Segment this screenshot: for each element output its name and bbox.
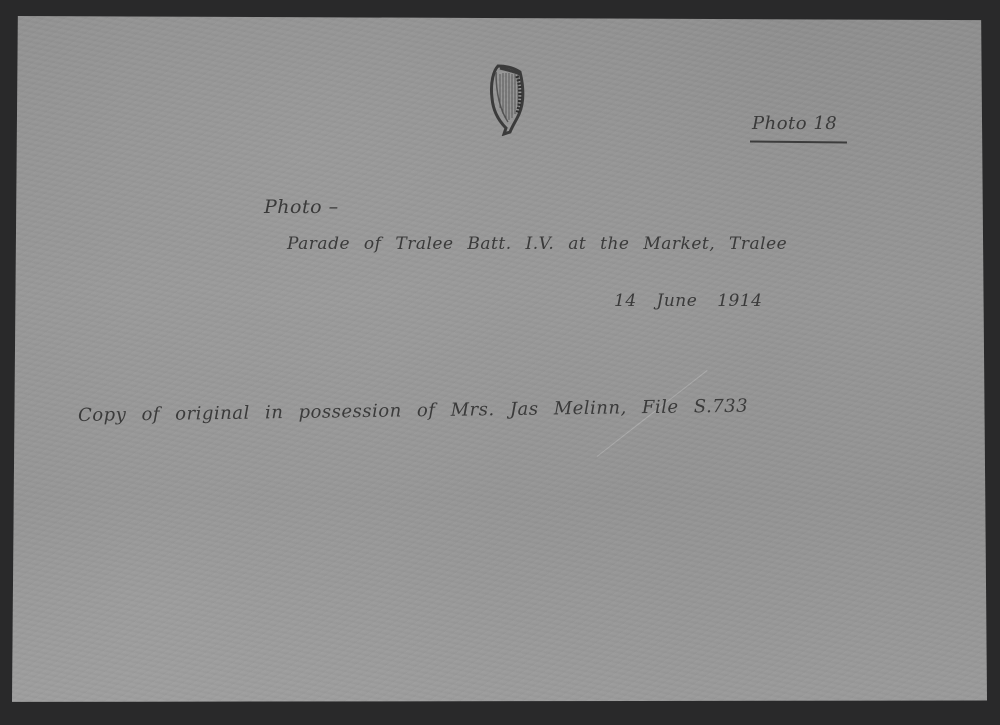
caption-heading: Photo – (264, 196, 339, 218)
photo-reference-label: Photo 18 (752, 113, 837, 134)
caption-date: 14 June 1914 (614, 291, 762, 311)
harp-icon (484, 62, 528, 136)
caption-description: Parade of Tralee Batt. I.V. at the Marke… (287, 234, 787, 254)
scanned-document: Photo 18 Photo – Parade of Tralee Batt. … (0, 0, 1000, 725)
